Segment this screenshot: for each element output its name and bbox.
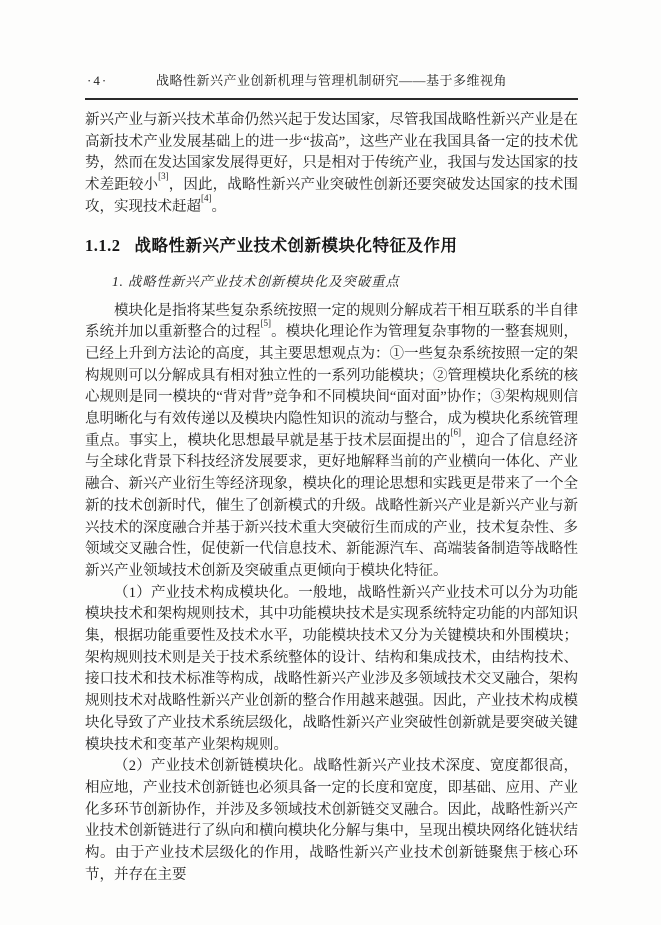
page-body: 新兴产业与新兴技术革命仍然兴起于发达国家，尽管我国战略性新兴产业是在高新技术产业… [85, 110, 578, 887]
page-header: ·4· 战略性新兴产业创新机理与管理机制研究——基于多维视角 [85, 72, 578, 100]
book-page: ·4· 战略性新兴产业创新机理与管理机制研究——基于多维视角 新兴产业与新兴技术… [0, 0, 661, 925]
section-number: 1.1.2 [85, 236, 121, 255]
running-title: 战略性新兴产业创新机理与管理机制研究——基于多维视角 [85, 72, 578, 90]
paragraph-modularization: 模块化是指将某些复杂系统按照一定的规则分解成若干相互联系的半自律系统并加以重新整… [85, 301, 578, 583]
subsection-heading-1: 1. 战略性新兴产业技术创新模块化及突破重点 [85, 271, 578, 293]
section-title: 战略性新兴产业技术创新模块化特征及作用 [135, 237, 458, 255]
paragraph-intro-continued: 新兴产业与新兴技术革命仍然兴起于发达国家，尽管我国战略性新兴产业是在高新技术产业… [85, 110, 578, 219]
text-segment: ，因此，战略性新兴产业突破性创新还要突破发达国家的技术围攻，实现技术赶超 [85, 177, 578, 215]
paragraph-item-1: （1）产业技术构成模块化。一般地，战略性新兴产业技术可以分为功能模块技术和架构规… [85, 583, 578, 757]
footnote-ref-5: [5] [260, 318, 271, 328]
text-segment: ，迎合了信息经济与全球化背景下科技经济发展要求，更好地解释当前的产业横向一体化、… [85, 433, 578, 579]
text-segment: 。模块化理论作为管理复杂事物的一整套规则，已经上升到方法论的高度，其主要思想观点… [85, 324, 578, 449]
page-number: ·4· [87, 72, 108, 90]
paragraph-item-2: （2）产业技术创新链模块化。战略性新兴产业技术深度、宽度都很高，相应地，产业技术… [85, 756, 578, 886]
footnote-ref-4: [4] [201, 193, 212, 203]
text-segment: 。 [212, 199, 227, 215]
footnote-ref-6: [6] [451, 427, 462, 437]
footnote-ref-3: [3] [158, 171, 169, 181]
section-heading-1-1-2: 1.1.2战略性新兴产业技术创新模块化特征及作用 [85, 233, 578, 259]
